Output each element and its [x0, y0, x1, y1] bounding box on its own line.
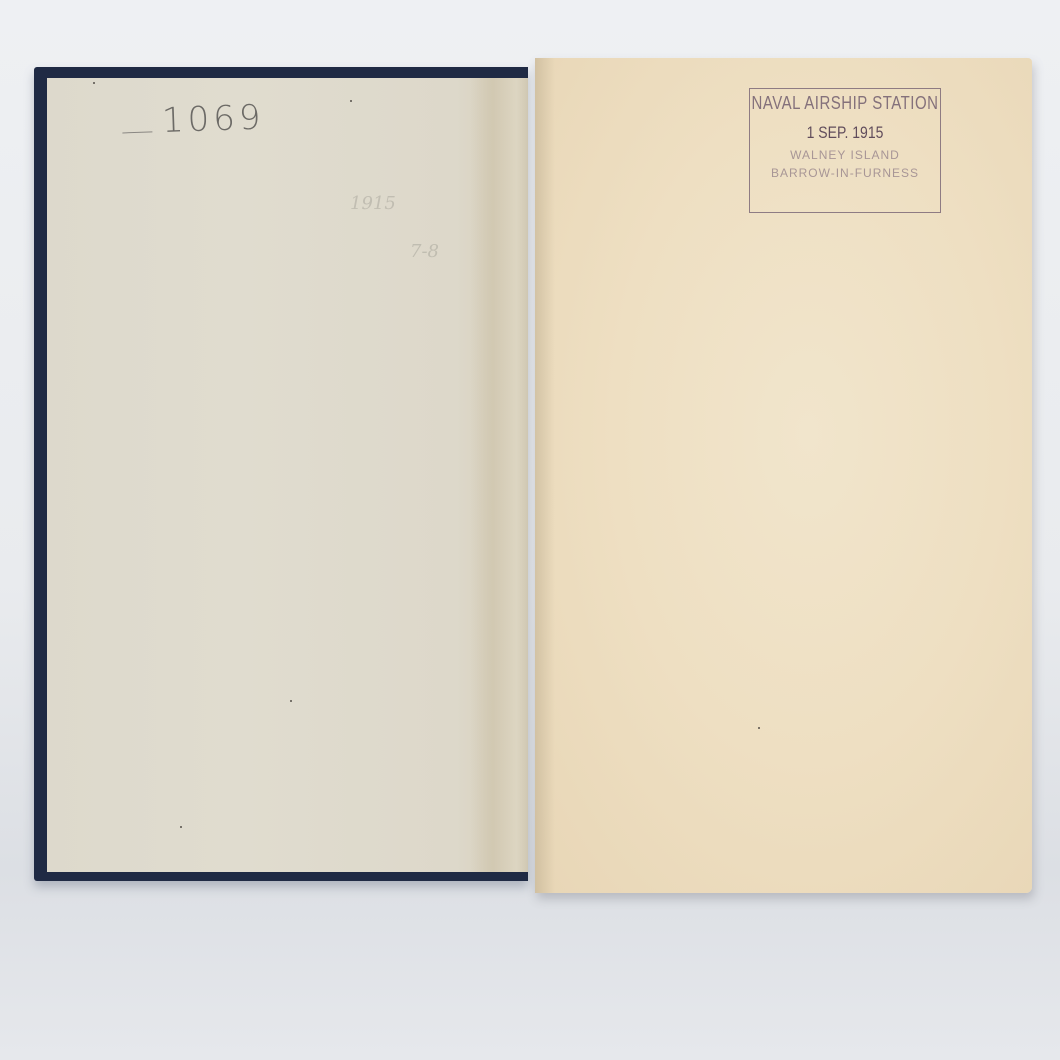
stamp-date: 1 SEP. 1915: [750, 122, 940, 141]
faint-note: 1915: [150, 180, 490, 228]
erased-pencil-notes: 1915 7-8: [150, 180, 490, 276]
paper-speck: [758, 727, 760, 729]
paper-speck: [93, 82, 95, 84]
flyleaf-gutter-shade: [535, 58, 555, 893]
stamp-town: BARROW-IN-FURNESS: [750, 166, 940, 180]
paper-speck: [350, 100, 352, 102]
library-stamp: NAVAL AIRSHIP STATION 1 SEP. 1915 WALNEY…: [749, 88, 941, 213]
stamp-station: NAVAL AIRSHIP STATION: [750, 93, 940, 114]
paper-speck: [290, 700, 292, 702]
pencil-shelf-number: 1069: [119, 97, 265, 142]
paper-speck: [180, 826, 182, 828]
faint-note: 7-8: [150, 228, 490, 276]
stamp-location: WALNEY ISLAND: [750, 148, 940, 162]
